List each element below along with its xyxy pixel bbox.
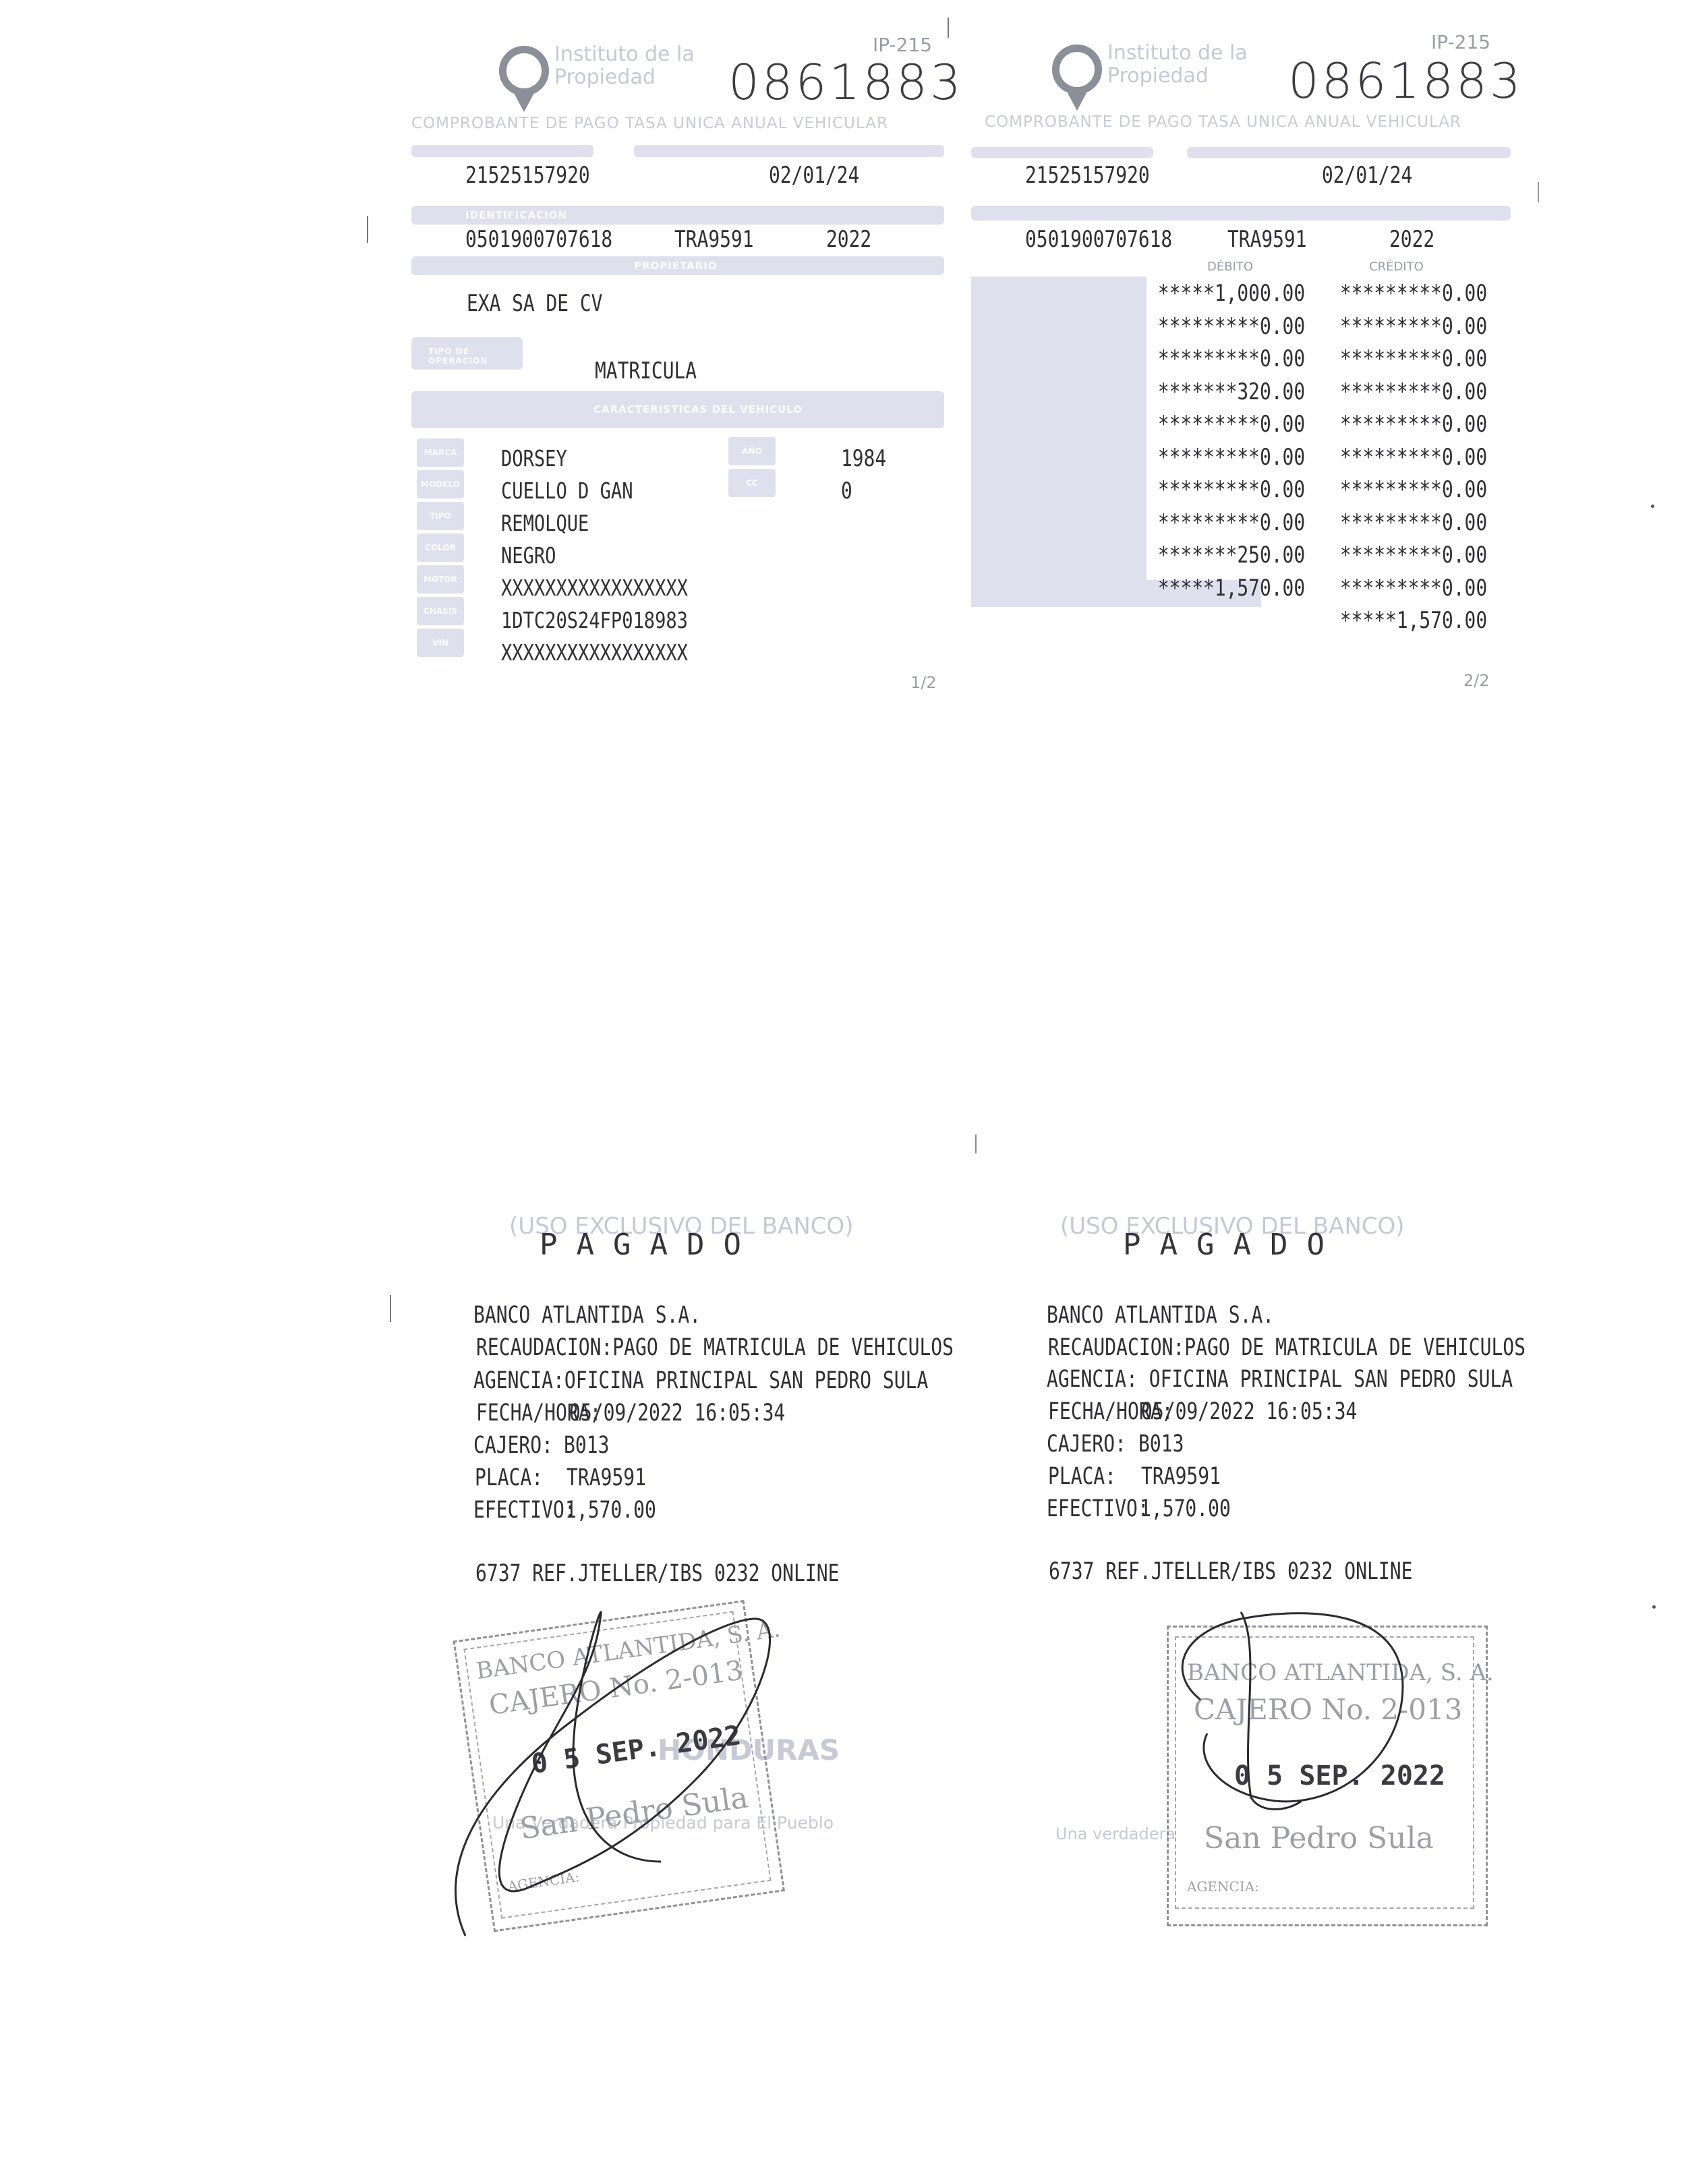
agency-line: AGENCIA:OFICINA PRINCIPAL SAN PEDRO SULA	[473, 1367, 928, 1394]
plate-value: TRA9591	[1227, 226, 1307, 253]
paid-status: PAGADO	[540, 1228, 760, 1262]
vehicle-field-value: NEGRO	[501, 542, 556, 569]
identification-value: 0501900707618	[465, 226, 612, 253]
credit-amount: *********0.00	[1340, 378, 1487, 405]
receipt-page-1: Instituto de la Propiedad IP-215 0861883…	[411, 27, 944, 688]
vehicle-year-value: 1984	[841, 445, 886, 472]
year-value: 2022	[1389, 226, 1434, 253]
vehicle-field-label: COLOR	[417, 534, 464, 562]
owner-band: PROPIETARIO	[411, 256, 944, 275]
page-number: 1/2	[910, 673, 937, 692]
bank-name: BANCO ATLANTIDA S.A.	[1047, 1302, 1274, 1329]
ledger-row: *********0.00*********0.00	[1133, 411, 1511, 440]
bank-name: BANCO ATLANTIDA S.A.	[473, 1302, 701, 1329]
year-side-label: AÑO	[728, 437, 776, 465]
institute-logo-icon	[1052, 45, 1102, 94]
debit-amount: *****1,000.00	[1158, 280, 1305, 307]
teller-label: CAJERO:	[1047, 1431, 1126, 1458]
institute-logo-icon	[499, 46, 549, 96]
page-number: 2/2	[1463, 671, 1490, 690]
collection-line: RECAUDACION:PAGO DE MATRICULA DE VEHICUL…	[1048, 1334, 1526, 1361]
ledger-row: *********0.00*********0.00	[1133, 476, 1511, 506]
ledger-row: *****1,000.00*********0.00	[1133, 280, 1511, 310]
datetime-value: 05/09/2022 16:05:34	[569, 1400, 785, 1427]
credit-amount: *********0.00	[1340, 345, 1487, 372]
agency-line: AGENCIA: OFICINA PRINCIPAL SAN PEDRO SUL…	[1047, 1366, 1513, 1393]
total-amount: *****1,570.00	[1340, 607, 1487, 634]
identification-band	[971, 206, 1511, 221]
vehicle-field-value: CUELLO D GAN	[501, 478, 633, 504]
logo-pin-tip	[515, 94, 533, 112]
debit-column-header: DÉBITO	[1207, 260, 1253, 274]
vehicle-field-value: REMOLQUE	[501, 510, 589, 536]
credit-amount: *********0.00	[1340, 575, 1487, 602]
ledger-row: *********0.00*********0.00	[1133, 509, 1511, 539]
debit-amount: *********0.00	[1158, 313, 1305, 340]
ledger-row: *********0.00*********0.00	[1133, 345, 1511, 375]
vehicle-features-label: CARACTERISTICAS DEL VEHICULO	[593, 403, 803, 415]
datetime-value: 05/09/2022 16:05:34	[1141, 1398, 1357, 1425]
credit-amount: *********0.00	[1340, 444, 1487, 471]
operation-type-band: TIPO DE OPERACION	[411, 337, 523, 370]
identification-value: 0501900707618	[1025, 226, 1172, 253]
plate-value: TRA9591	[1141, 1463, 1221, 1490]
credit-amount: *********0.00	[1340, 509, 1487, 536]
header-band	[634, 145, 944, 157]
vehicle-field-value: DORSEY	[501, 445, 567, 471]
vehicle-field-label: TIPO	[417, 502, 464, 530]
operation-type-label: TIPO DE OPERACION	[428, 347, 523, 366]
vehicle-features-band: CARACTERISTICAS DEL VEHICULO	[411, 391, 944, 428]
cash-label: EFECTIVO:	[473, 1497, 576, 1524]
vehicle-field-value: 1DTC20S24FP018983	[501, 607, 688, 633]
teller-label: CAJERO:	[473, 1432, 553, 1459]
vehicle-field-label: MARCA	[417, 438, 464, 467]
cash-value: 1,570.00	[565, 1497, 656, 1524]
reference-number: 21525157920	[465, 162, 590, 189]
plate-value: TRA9591	[674, 226, 754, 253]
scan-mark	[975, 1134, 977, 1153]
vehicle-field-label: MODELO	[417, 470, 464, 498]
logo-pin-tip	[1068, 93, 1086, 111]
identification-label: IDENTIFICACION	[465, 209, 567, 221]
scan-dot	[1651, 505, 1654, 508]
concepts-band	[971, 277, 1146, 607]
vehicle-field-value: XXXXXXXXXXXXXXXXX	[501, 639, 688, 666]
reference-line: 6737 REF.JTELLER/IBS 0232 ONLINE	[1049, 1558, 1412, 1585]
scan-mark	[948, 18, 949, 38]
ledger-table: *****1,000.00*********0.00*********0.00*…	[1133, 280, 1511, 617]
ledger-row: *********0.00*********0.00	[1133, 313, 1511, 343]
credit-amount: *********0.00	[1340, 476, 1487, 503]
owner-label: PROPIETARIO	[634, 260, 718, 272]
debit-amount: *********0.00	[1158, 411, 1305, 438]
bank-receipt-left: (USO EXCLUSIVO DEL BANCO) PAGADO BANCO A…	[459, 1201, 991, 1943]
vehicle-field-label: CHASIS	[417, 597, 464, 625]
header-band	[411, 145, 593, 157]
credit-amount: *********0.00	[1340, 313, 1487, 340]
scan-dot	[1652, 1605, 1656, 1609]
scan-mark	[390, 1295, 391, 1322]
header-band	[1187, 147, 1511, 158]
plate-label: PLACA:	[475, 1464, 543, 1491]
plate-label: PLACA:	[1048, 1463, 1116, 1490]
cc-side-label: CC	[728, 469, 776, 497]
ledger-row: *******320.00*********0.00	[1133, 378, 1511, 408]
debit-amount: *********0.00	[1158, 509, 1305, 536]
collection-line: RECAUDACION:PAGO DE MATRICULA DE VEHICUL…	[476, 1334, 954, 1361]
issuer-name: Instituto de la Propiedad	[1107, 42, 1269, 88]
debit-amount: *****1,570.00	[1158, 575, 1305, 602]
credit-column-header: CRÉDITO	[1369, 260, 1424, 274]
year-value: 2022	[826, 226, 871, 253]
credit-amount: *********0.00	[1340, 411, 1487, 438]
vehicle-cc-value: 0	[841, 478, 852, 505]
receipt-number: 0861883	[1288, 53, 1523, 109]
reference-number: 21525157920	[1025, 162, 1150, 189]
ledger-row: *********0.00*********0.00	[1133, 444, 1511, 473]
header-band	[971, 147, 1153, 158]
debit-amount: *********0.00	[1158, 345, 1305, 372]
credit-amount: *********0.00	[1340, 542, 1487, 569]
receipt-number: 0861883	[728, 54, 964, 111]
vehicle-labels: MARCAMODELOTIPOCOLORMOTORCHASISVIN	[417, 438, 464, 668]
debit-amount: *******320.00	[1158, 378, 1305, 405]
signature-scribble	[438, 1578, 776, 1916]
plate-value: TRA9591	[567, 1464, 646, 1491]
paid-status: PAGADO	[1123, 1228, 1343, 1262]
vehicle-field-label: MOTOR	[417, 565, 464, 594]
debit-amount: *********0.00	[1158, 476, 1305, 503]
identification-band: IDENTIFICACION	[411, 206, 944, 225]
form-code: IP-215	[873, 34, 932, 56]
ledger-row: *****1,570.00*********0.00	[1133, 575, 1511, 604]
owner-value: EXA SA DE CV	[467, 290, 602, 317]
receipt-page-2: Instituto de la Propiedad IP-215 0861883…	[971, 27, 1504, 688]
scan-mark	[367, 216, 368, 243]
issue-date: 02/01/24	[769, 162, 859, 189]
teller-value: B013	[1138, 1431, 1184, 1458]
form-code: IP-215	[1431, 31, 1490, 53]
cash-value: 1,570.00	[1140, 1495, 1231, 1522]
scan-mark	[1538, 182, 1539, 202]
vehicle-field-label: VIN	[417, 629, 464, 657]
debit-amount: *******250.00	[1158, 542, 1305, 569]
credit-amount: *********0.00	[1340, 280, 1487, 307]
issue-date: 02/01/24	[1322, 162, 1412, 189]
signature-scribble	[1140, 1605, 1410, 1841]
cash-label: EFECTIVO:	[1047, 1495, 1149, 1522]
operation-type-value: MATRICULA	[595, 357, 697, 384]
teller-value: B013	[564, 1432, 609, 1459]
vehicle-field-value: XXXXXXXXXXXXXXXXX	[501, 575, 688, 601]
stamp-agency-label: AGENCIA:	[1187, 1878, 1259, 1895]
debit-amount: *********0.00	[1158, 444, 1305, 471]
issuer-name: Instituto de la Propiedad	[554, 43, 716, 89]
bank-receipt-right: (USO EXCLUSIVO DEL BANCO) PAGADO BANCO A…	[1032, 1201, 1565, 1943]
ledger-row: *******250.00*********0.00	[1133, 542, 1511, 571]
receipt-caption: COMPROBANTE DE PAGO TASA UNICA ANUAL VEH…	[411, 115, 888, 132]
receipt-caption: COMPROBANTE DE PAGO TASA UNICA ANUAL VEH…	[985, 113, 1461, 131]
